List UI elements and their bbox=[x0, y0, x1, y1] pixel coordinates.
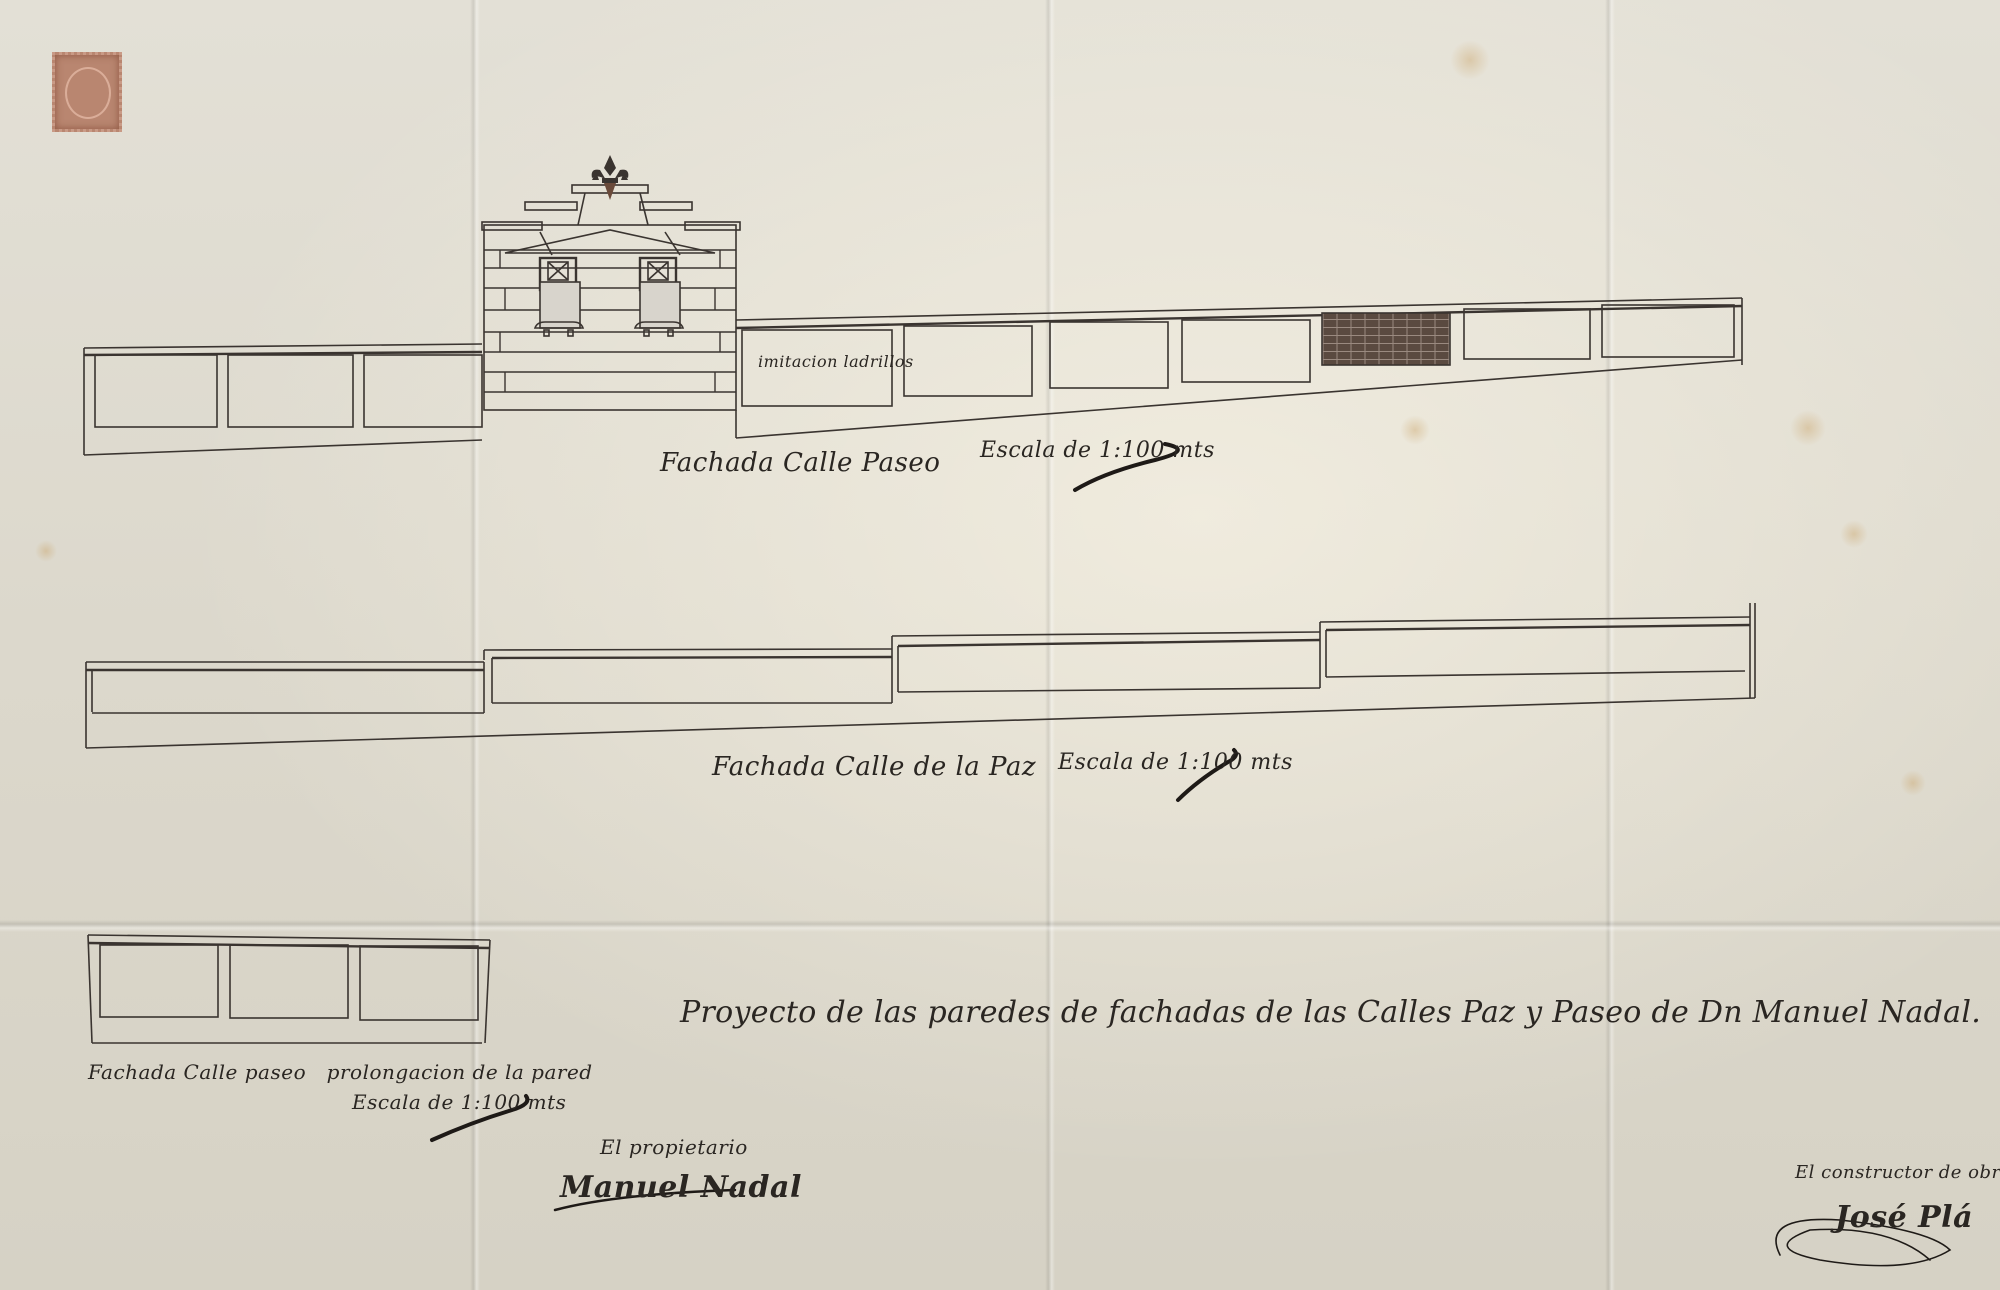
owner-signature: Manuel Nadal bbox=[560, 1170, 802, 1205]
elevation-label-calle-paseo: Fachada Calle Paseo bbox=[660, 448, 940, 478]
elevation-paseo-prolongacion bbox=[88, 935, 490, 1043]
elevation-calle-paseo bbox=[84, 155, 1742, 455]
brick-imitation-panel bbox=[1322, 313, 1450, 365]
elevation-drawings bbox=[0, 0, 2000, 1290]
builder-role-label: El constructor de obras bbox=[1795, 1162, 2000, 1183]
niche-right bbox=[635, 258, 683, 336]
scale-label-paseo-prolongacion: Escala de 1:100 mts bbox=[352, 1090, 566, 1114]
elevation-label-paseo-prolongacion: Fachada Calle paseo prolongacion de la p… bbox=[88, 1060, 593, 1084]
owner-role-label: El propietario bbox=[600, 1135, 748, 1159]
annotation-imitacion-ladrillos: imitacion ladrillos bbox=[758, 352, 914, 371]
elevation-label-calle-de-la-paz: Fachada Calle de la Paz bbox=[712, 752, 1036, 782]
scale-label-calle-paseo: Escala de 1:100 mts bbox=[980, 438, 1215, 463]
project-title: Proyecto de las paredes de fachadas de l… bbox=[680, 995, 1981, 1030]
builder-signature: José Plá bbox=[1835, 1200, 1973, 1235]
elevation-calle-de-la-paz bbox=[86, 603, 1755, 748]
niche-left bbox=[535, 258, 583, 336]
scale-label-calle-de-la-paz: Escala de 1:100 mts bbox=[1058, 750, 1293, 775]
document-sheet: Fachada Calle Paseo Escala de 1:100 mts … bbox=[0, 0, 2000, 1290]
